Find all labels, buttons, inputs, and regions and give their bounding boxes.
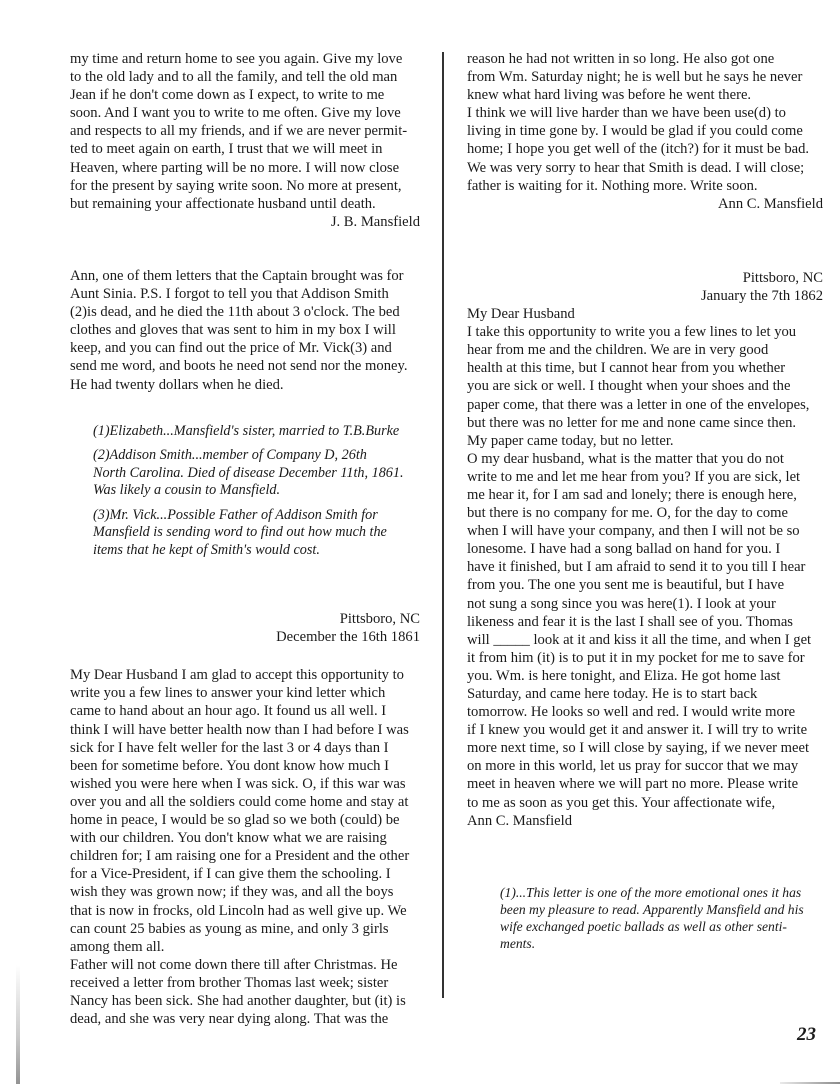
text-line: health at this time, but I cannot hear f…: [467, 359, 823, 377]
signature: Ann C. Mansfield: [467, 195, 823, 213]
text-line: paper come, that there was a letter in o…: [467, 396, 823, 414]
letter-jan-7-1862: Pittsboro, NC January the 7th 1862 My De…: [467, 269, 823, 830]
text-line: We was very sorry to hear that Smith is …: [467, 159, 823, 177]
signature: J. B. Mansfield: [70, 213, 420, 231]
text-line: children for; I am raising one for a Pre…: [70, 847, 420, 865]
text-line: wish they was grown now; if they was, an…: [70, 883, 420, 901]
text-line: My paper came today, but no letter.: [467, 432, 823, 450]
letter-closing-jb-mansfield: my time and return home to see you again…: [70, 50, 420, 231]
text-line: hear from me and the children. We are in…: [467, 341, 823, 359]
text-line: soon. And I want you to write to me ofte…: [70, 104, 420, 122]
text-line: but remaining your affectionate husband …: [70, 195, 420, 213]
page-number: 23: [797, 1024, 816, 1046]
text-line: for a Vice-President, if I can give them…: [70, 865, 420, 883]
text-line: tomorrow. He looks so well and red. I wo…: [467, 703, 823, 721]
text-line: He had twenty dollars when he died.: [70, 376, 420, 394]
text-line: my time and return home to see you again…: [70, 50, 420, 68]
text-line: father is waiting for it. Nothing more. …: [467, 177, 823, 195]
text-line: send me word, and boots he need not send…: [70, 357, 420, 375]
text-line: lonesome. I have had a song ballad on ha…: [467, 540, 823, 558]
text-line: Father will not come down there till aft…: [70, 956, 420, 974]
text-line: you. Wm. is here tonight, and Eliza. He …: [467, 667, 823, 685]
letter-date: January the 7th 1862: [467, 287, 823, 305]
text-line: for the present by saying write soon. No…: [70, 177, 420, 195]
text-line: O my dear husband, what is the matter th…: [467, 450, 823, 468]
column-divider: [442, 52, 444, 998]
text-line: I think we will live harder than we have…: [467, 104, 823, 122]
text-line: from Wm. Saturday night; he is well but …: [467, 68, 823, 86]
footnote: (3)Mr. Vick...Possible Father of Addison…: [93, 507, 420, 560]
text-line: ted to meet again on earth, I trust that…: [70, 140, 420, 158]
text-line: to the old lady and to all the family, a…: [70, 68, 420, 86]
text-line: sick for I have felt weller for the last…: [70, 739, 420, 757]
letter-date: December the 16th 1861: [70, 628, 420, 646]
text-line: home in peace, I would be so glad so we …: [70, 811, 420, 829]
letter-dec-16-1861: Pittsboro, NC December the 16th 1861 My …: [70, 610, 420, 1028]
text-line: more next time, so I will close by sayin…: [467, 739, 823, 757]
text-line: from you. The one you sent me is beautif…: [467, 576, 823, 594]
text-line: think I will have better health now than…: [70, 721, 420, 739]
text-line: but there was no letter for me and none …: [467, 414, 823, 432]
text-line: Saturday, and came here today. He is to …: [467, 685, 823, 703]
text-line: but there is no company for me. O, for t…: [467, 504, 823, 522]
text-line: you are sick or well. I thought when you…: [467, 377, 823, 395]
text-line: when I will have your company, and then …: [467, 522, 823, 540]
text-line: over you and all the soldiers could come…: [70, 793, 420, 811]
text-line: among them all.: [70, 938, 420, 956]
text-line: have it finished, but I am afraid to sen…: [467, 558, 823, 576]
signature: Ann C. Mansfield: [467, 812, 823, 830]
text-line: My Dear Husband I am glad to accept this…: [70, 666, 420, 684]
text-line: keep, and you can find out the price of …: [70, 339, 420, 357]
text-line: dead, and she was very near dying along.…: [70, 1010, 420, 1028]
text-line: that is now in frocks, old Lincoln had a…: [70, 902, 420, 920]
letter-place: Pittsboro, NC: [70, 610, 420, 628]
text-line: meet in heaven where we will part no mor…: [467, 775, 823, 793]
text-line: been for sometime before. You dont know …: [70, 757, 420, 775]
text-line: if I knew you would get it and answer it…: [467, 721, 823, 739]
text-line: living in time gone by. I would be glad …: [467, 122, 823, 140]
left-column: my time and return home to see you again…: [70, 50, 420, 1028]
text-line: Aunt Sinia. P.S. I forgot to tell you th…: [70, 285, 420, 303]
right-column: reason he had not written in so long. He…: [467, 50, 823, 952]
letter-closing-ann-mansfield: reason he had not written in so long. He…: [467, 50, 823, 213]
text-line: can count 25 babies as young as mine, an…: [70, 920, 420, 938]
text-line: (2)is dead, and he died the 11th about 3…: [70, 303, 420, 321]
text-line: Ann, one of them letters that the Captai…: [70, 267, 420, 285]
text-line: on more in this world, let us pray for s…: [467, 757, 823, 775]
text-line: write to me and let me hear from you? If…: [467, 468, 823, 486]
footnote: (1)...This letter is one of the more emo…: [500, 884, 823, 952]
text-line: it from him (it) is to put it in my pock…: [467, 649, 823, 667]
text-line: me hear it, for I am sad and lonely; the…: [467, 486, 823, 504]
text-line: reason he had not written in so long. He…: [467, 50, 823, 68]
footnote: (1)Elizabeth...Mansfield's sister, marri…: [93, 423, 420, 441]
text-line: home; I hope you get well of the (itch?)…: [467, 140, 823, 158]
text-line: not sung a song since you was here(1). I…: [467, 595, 823, 613]
text-line: Jean if he don't come down as I expect, …: [70, 86, 420, 104]
salutation: My Dear Husband: [467, 305, 823, 323]
footnote: (2)Addison Smith...member of Company D, …: [93, 447, 420, 500]
text-line: received a letter from brother Thomas la…: [70, 974, 420, 992]
footnotes: (1)Elizabeth...Mansfield's sister, marri…: [93, 423, 420, 560]
text-line: came to hand about an hour ago. It found…: [70, 702, 420, 720]
text-line: knew what hard living was before he went…: [467, 86, 823, 104]
letter-place: Pittsboro, NC: [467, 269, 823, 287]
text-line: and respects to all my friends, and if w…: [70, 122, 420, 140]
text-line: wished you were here when I was sick. O,…: [70, 775, 420, 793]
text-line: clothes and gloves that was sent to him …: [70, 321, 420, 339]
text-line: likeness and fear it is the last I shall…: [467, 613, 823, 631]
text-line: Nancy has been sick. She had another dau…: [70, 992, 420, 1010]
text-line: to me as soon as you get this. Your affe…: [467, 794, 823, 812]
text-line: I take this opportunity to write you a f…: [467, 323, 823, 341]
postscript: Ann, one of them letters that the Captai…: [70, 267, 420, 394]
text-line: with our children. You don't know what w…: [70, 829, 420, 847]
text-line: write you a few lines to answer your kin…: [70, 684, 420, 702]
scan-edge-artifact: [16, 965, 20, 1084]
text-line: Heaven, where parting will be no more. I…: [70, 159, 420, 177]
text-line: will _____ look at it and kiss it all th…: [467, 631, 823, 649]
